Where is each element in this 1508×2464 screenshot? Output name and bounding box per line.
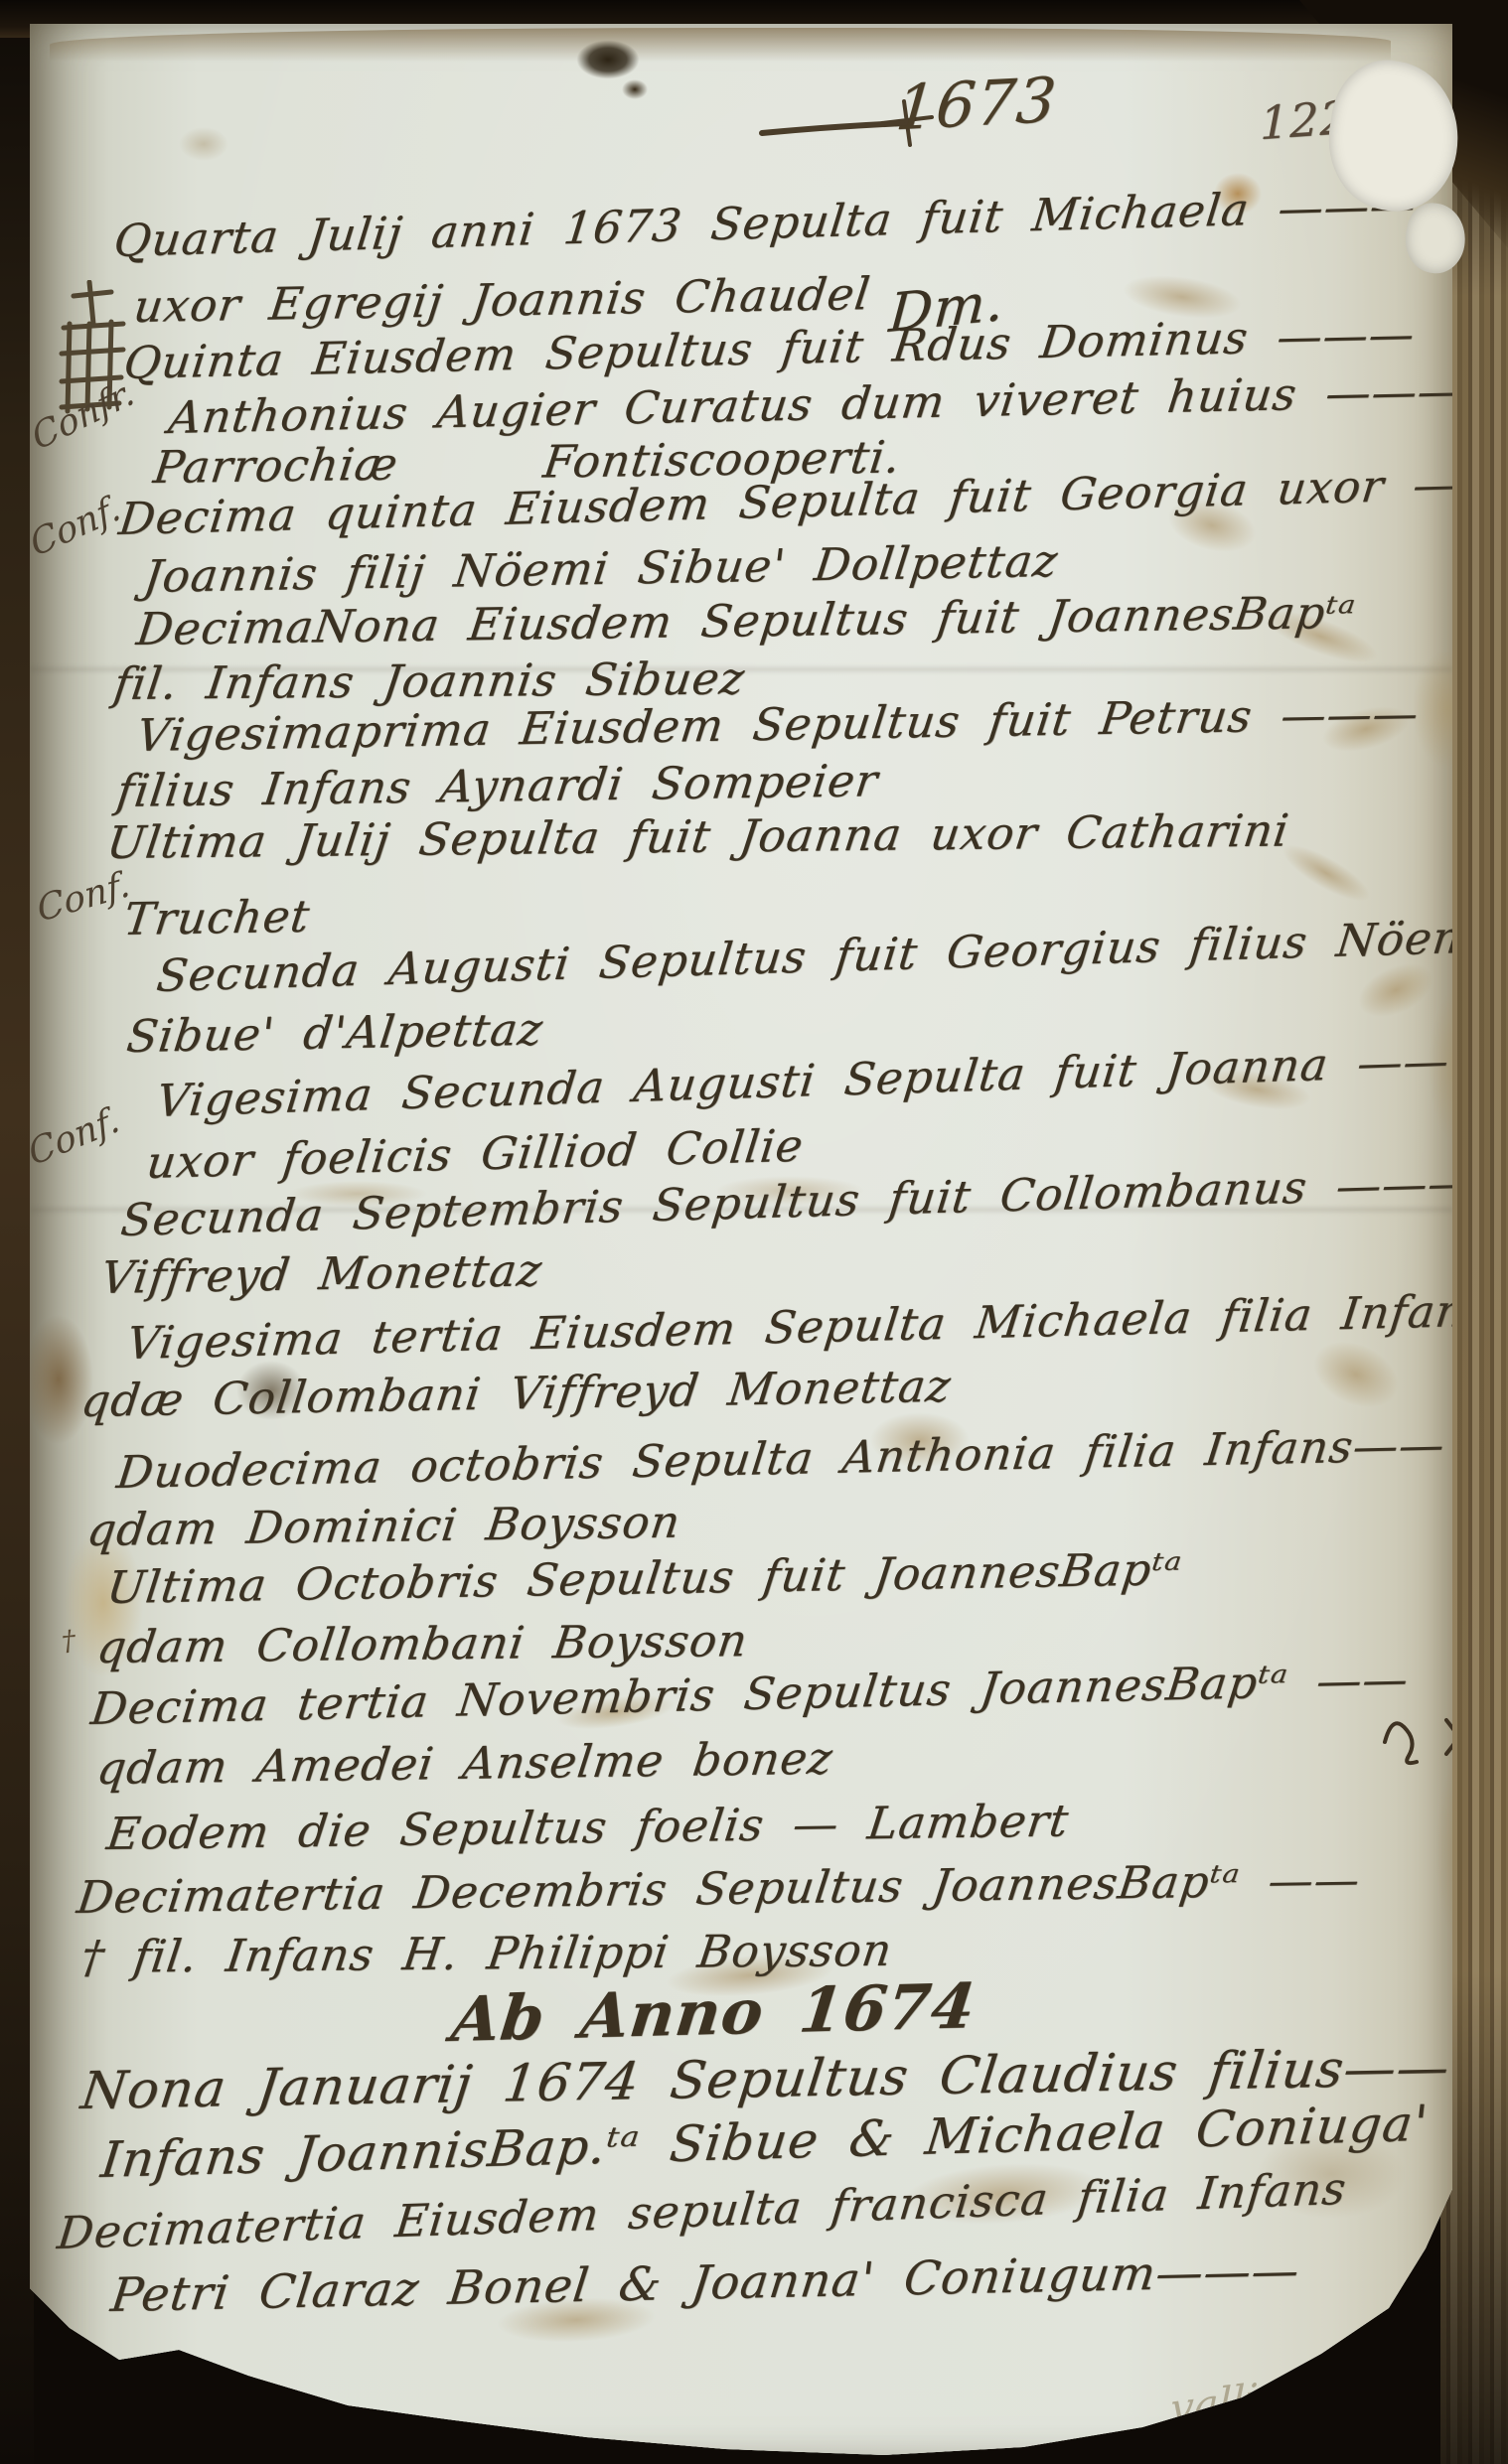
margin-note: † xyxy=(60,1624,76,1658)
manuscript-page: 1673 122 Quarta Julij anni 1673 Sepulta … xyxy=(30,24,1452,2464)
margin-note: Confr. xyxy=(27,372,139,459)
margin-note: Conf. xyxy=(34,864,132,931)
margin-notes-block: Confr.Conf.Conf.Conf.† xyxy=(30,24,1452,2464)
margin-note: Conf. xyxy=(26,488,125,565)
book-binding-gutter xyxy=(0,0,34,2464)
margin-note: Conf. xyxy=(24,1099,123,1175)
faded-ghost-note: valli xyxy=(1170,2374,1259,2433)
photographed-register-page: 1673 122 Quarta Julij anni 1673 Sepulta … xyxy=(0,0,1508,2464)
section-heading-1674: Ab Anno 1674 xyxy=(448,1969,980,2056)
